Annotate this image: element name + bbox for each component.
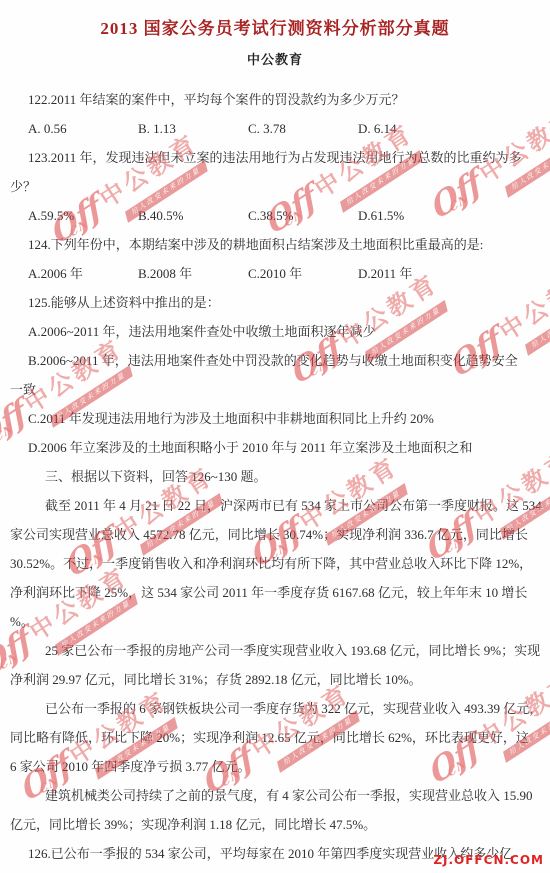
footer-site-text: ZJ.OFFCN.COM xyxy=(433,853,544,867)
text-line: 建筑机械类公司持续了之前的景气度，有 4 家公司公布一季报，实现营业总收入 15… xyxy=(0,781,550,810)
option-item: D.2011 年 xyxy=(358,259,468,288)
option-item: A. 0.56 xyxy=(28,114,138,143)
option-item: C.38.5% xyxy=(248,201,358,230)
text-line: 25 家已公布一季报的房地产公司一季度实现营业收入 193.68 亿元，同比增长… xyxy=(0,636,550,665)
text-line: A.2006~2011 年，违法用地案件查处中收缴土地面积逐年减少 xyxy=(0,317,550,346)
text-line: 一致 xyxy=(0,375,550,404)
option-item: B.2008 年 xyxy=(138,259,248,288)
text-line: 家公司实现营业总收入 4572.78 亿元，同比增长 30.74%；实现净利润 … xyxy=(0,520,550,549)
text-line: 净利润 29.97 亿元，同比增长 31%；存货 2892.18 亿元，同比增长… xyxy=(0,665,550,694)
text-line: 122.2011 年结案的案件中，平均每个案件的罚没款约为多少万元？ xyxy=(0,85,550,114)
text-line: 125.能够从上述资料中推出的是： xyxy=(0,288,550,317)
option-item: C. 3.78 xyxy=(248,114,358,143)
option-item: A.2006 年 xyxy=(28,259,138,288)
option-item: A.59.5% xyxy=(28,201,138,230)
options-row: A.59.5%B.40.5%C.38.5%D.61.5% xyxy=(0,201,550,230)
text-line: 少？ xyxy=(0,172,550,201)
option-item: D.61.5% xyxy=(358,201,468,230)
document-page: 2013 国家公务员考试行测资料分析部分真题 中公教育 122.2011 年结案… xyxy=(0,0,550,873)
text-line: B.2006~2011 年，违法用地案件查处中罚没款的变化趋势与收缴土地面积变化… xyxy=(0,346,550,375)
text-line: 亿元，同比增长 39%；实现净利润 1.18 亿元，同比增长 47.5%。 xyxy=(0,810,550,839)
text-line: 同比略有降低，环比下降 20%；实现净利润 12.65 亿元，同比增长 62%，… xyxy=(0,723,550,752)
text-line: 124.下列年份中，本期结案中涉及的耕地面积占结案涉及土地面积比重最高的是: xyxy=(0,230,550,259)
text-line: D.2006 年立案涉及的土地面积略小于 2010 年与 2011 年立案涉及土… xyxy=(0,433,550,462)
text-line: 三、根据以下资料，回答 126~130 题。 xyxy=(0,462,550,491)
text-line: 123.2011 年，发现违法但未立案的违法用地行为占发现违法用地行为总数的比重… xyxy=(0,143,550,172)
text-line: 已公布一季报的 6 家钢铁板块公司一季度存货为 322 亿元，实现营业收入 49… xyxy=(0,694,550,723)
text-line: 6 家公司 2010 年四季度净亏损 3.77 亿元。 xyxy=(0,752,550,781)
document-header: 2013 国家公务员考试行测资料分析部分真题 中公教育 xyxy=(0,14,550,68)
page-subtitle: 中公教育 xyxy=(0,49,550,68)
option-item: C.2010 年 xyxy=(248,259,358,288)
body-lines: 122.2011 年结案的案件中，平均每个案件的罚没款约为多少万元？A. 0.5… xyxy=(0,85,550,868)
options-row: A.2006 年B.2008 年C.2010 年D.2011 年 xyxy=(0,259,550,288)
option-item: B. 1.13 xyxy=(138,114,248,143)
options-row: A. 0.56B. 1.13C. 3.78D. 6.14 xyxy=(0,114,550,143)
text-line: 截至 2011 年 4 月 21 日 22 日，沪深两市已有 534 家上市公司… xyxy=(0,491,550,520)
text-line: C.2011 年发现违法用地行为涉及土地面积中非耕地面积同比上升约 20% xyxy=(0,404,550,433)
text-line: 净利润环比下降 25%，这 534 家公司 2011 年一季度存货 6167.6… xyxy=(0,578,550,607)
text-line: 30.52%。不过，一季度销售收入和净利润环比均有所下降，其中营业总收入环比下降… xyxy=(0,549,550,578)
option-item: B.40.5% xyxy=(138,201,248,230)
text-line: %。 xyxy=(0,607,550,636)
page-title: 2013 国家公务员考试行测资料分析部分真题 xyxy=(0,14,550,39)
option-item: D. 6.14 xyxy=(358,114,468,143)
